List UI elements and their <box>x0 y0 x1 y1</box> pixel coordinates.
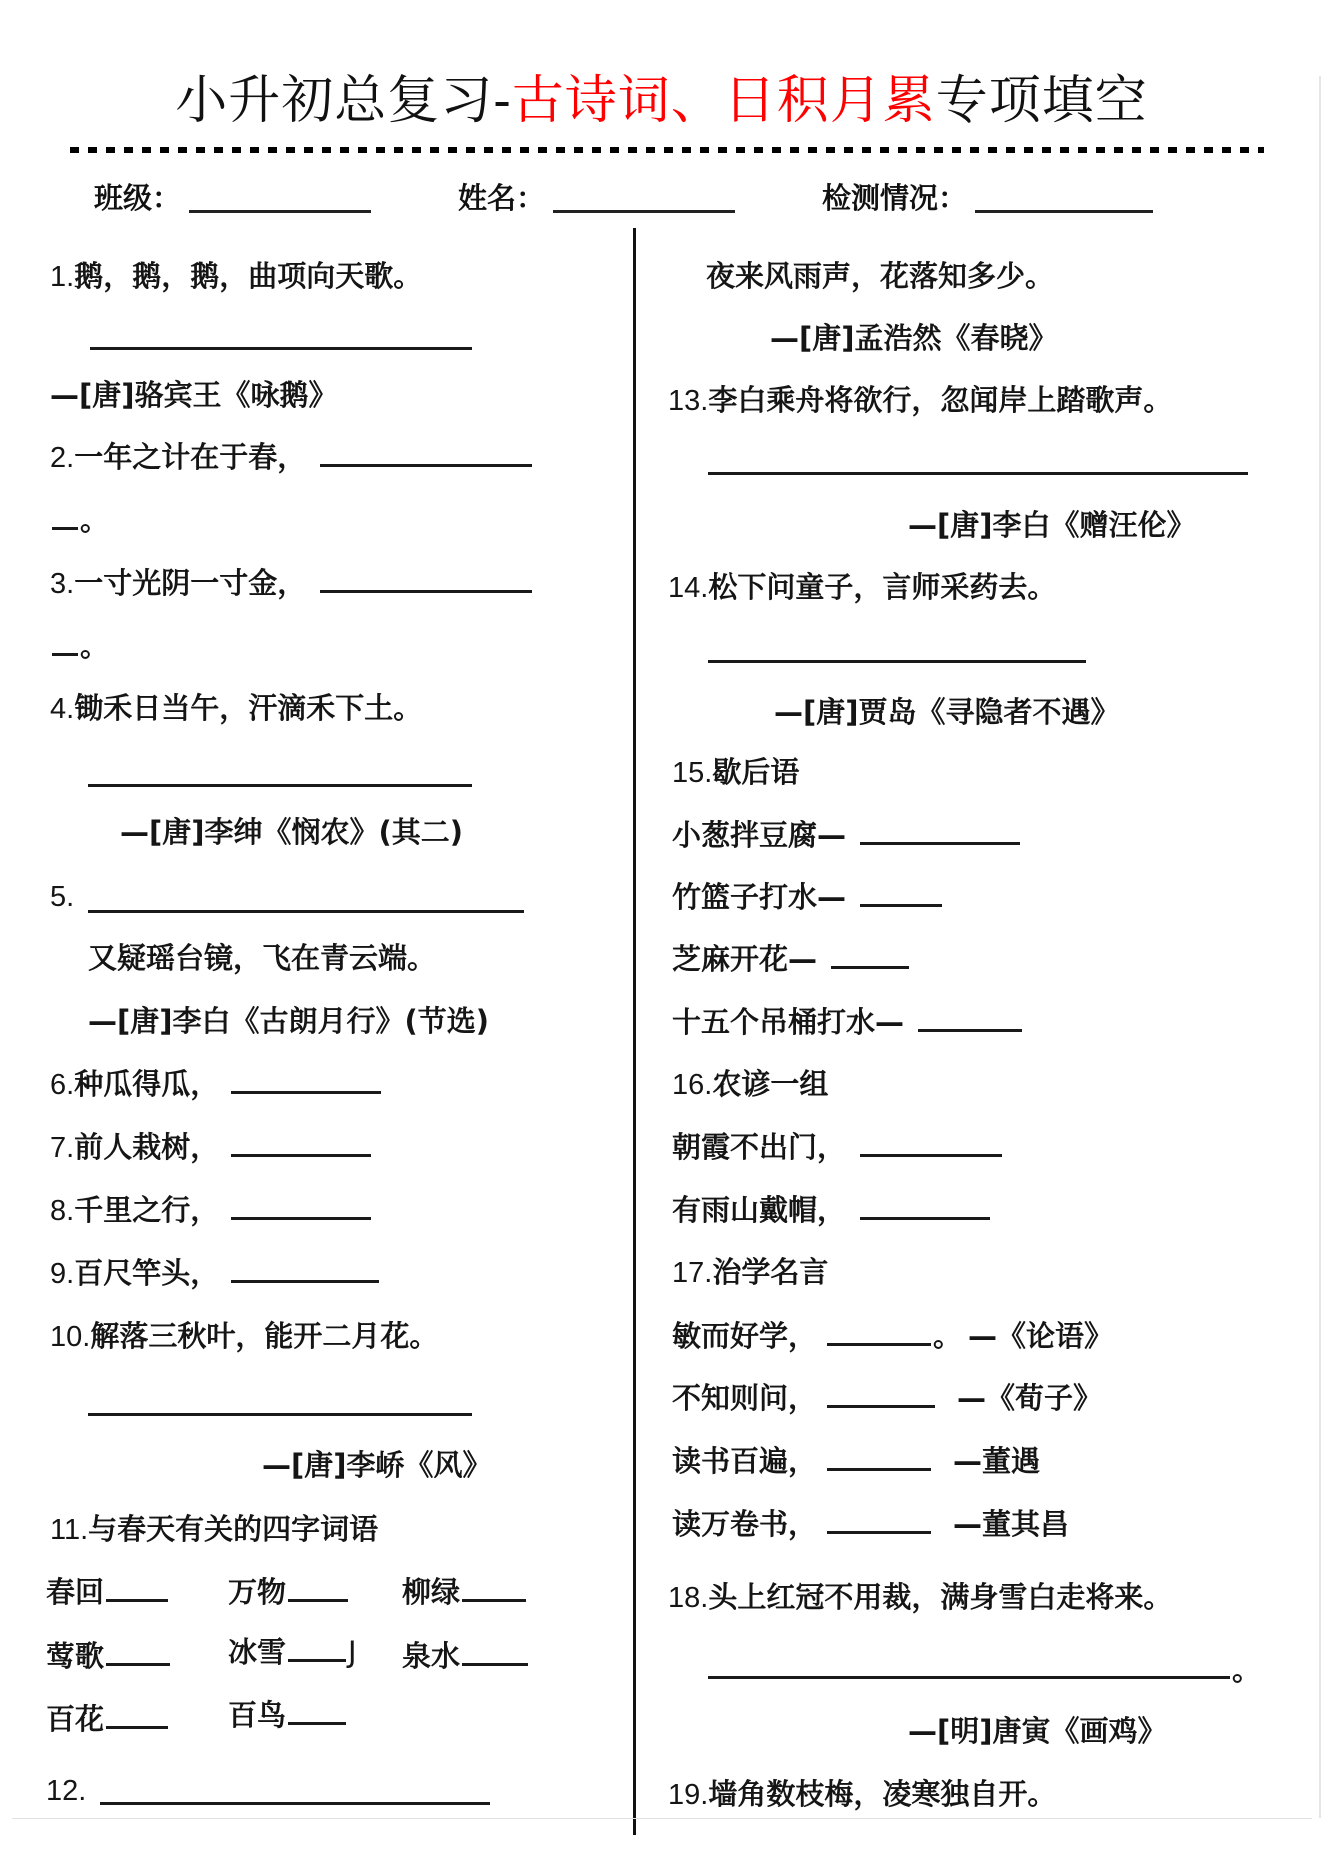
xiehouyu-item: 小葱拌豆腐— <box>672 815 1022 855</box>
answer-blank-9[interactable] <box>231 1280 379 1283</box>
name-field: 姓名： <box>458 176 737 217</box>
question-18-end: 。 <box>1232 1650 1261 1690</box>
question-9: 9.百尺竿头， <box>50 1253 381 1294</box>
answer-blank-17a[interactable] <box>827 1343 931 1346</box>
question-19: 19.墙角数枝梅，凌寒独自开。 <box>668 1774 1056 1815</box>
source-10: —[唐]李峤《风》 <box>262 1445 492 1485</box>
source-14: —[唐]贾岛《寻隐者不遇》 <box>774 692 1120 732</box>
title-suffix: 专项填空 <box>936 71 1148 131</box>
answer-blank-17b[interactable] <box>827 1405 935 1408</box>
answer-blank-15c[interactable] <box>831 966 909 969</box>
word-item: 泉水 <box>402 1636 530 1676</box>
name-input[interactable] <box>553 210 735 213</box>
question-15: 15.歇后语 <box>672 752 799 793</box>
source-4: —[唐]李绅《悯农》(其二) <box>120 812 463 852</box>
word-blank[interactable] <box>462 1599 526 1602</box>
answer-blank-14[interactable] <box>708 660 1086 663</box>
word-blank[interactable] <box>288 1599 348 1602</box>
page-right-edge <box>1319 76 1321 1818</box>
question-3: 3.一寸光阴一寸金， <box>50 563 534 604</box>
answer-blank-16b[interactable] <box>860 1217 990 1220</box>
word-item: 春回 <box>46 1572 170 1612</box>
question-16: 16.农谚一组 <box>672 1064 828 1105</box>
answer-blank-17c[interactable] <box>827 1468 931 1471</box>
result-input[interactable] <box>975 210 1153 213</box>
quote-item: 不知则问，—《荀子》 <box>672 1378 1102 1418</box>
answer-blank-18[interactable] <box>708 1676 1230 1679</box>
question-10: 10.解落三秋叶，能开二月花。 <box>50 1316 438 1357</box>
answer-blank-10[interactable] <box>88 1413 472 1416</box>
quote-item: 敏而好学，。—《论语》 <box>672 1316 1113 1356</box>
answer-blank-8[interactable] <box>231 1217 371 1220</box>
class-label: 班级： <box>94 176 181 217</box>
source-13: —[唐]李白《赠汪伦》 <box>908 505 1196 545</box>
title-prefix: 小升初总复习- <box>175 71 512 131</box>
word-blank[interactable] <box>288 1722 346 1725</box>
answer-blank-17d[interactable] <box>827 1531 931 1534</box>
word-blank[interactable] <box>106 1726 168 1729</box>
answer-blank-4[interactable] <box>88 784 472 787</box>
page-bottom-edge <box>12 1818 1312 1819</box>
question-12: 12. <box>46 1770 86 1811</box>
quote-item: 读万卷书，—董其昌 <box>672 1504 1069 1544</box>
word-blank[interactable] <box>106 1663 170 1666</box>
answer-blank-2b[interactable] <box>52 527 78 530</box>
answer-blank-6[interactable] <box>231 1091 381 1094</box>
answer-blank-3a[interactable] <box>320 590 532 593</box>
answer-blank-15d[interactable] <box>918 1029 1022 1032</box>
title-highlight: 古诗词、日积月累 <box>512 71 936 131</box>
answer-blank-12[interactable] <box>100 1802 490 1805</box>
question-5: 5. <box>50 876 74 917</box>
question-6: 6.种瓜得瓜， <box>50 1064 383 1105</box>
word-item: 百花 <box>46 1699 170 1739</box>
quote-item: 读书百遍，—董遇 <box>672 1441 1040 1481</box>
class-input[interactable] <box>189 210 371 213</box>
word-blank[interactable] <box>462 1663 528 1666</box>
column-divider <box>633 228 636 1835</box>
word-item: 万物 <box>228 1572 350 1612</box>
question-11: 11.与春天有关的四字词语 <box>50 1509 378 1550</box>
name-label: 姓名： <box>458 176 545 217</box>
student-info-row: 班级： 姓名： 检测情况： <box>0 176 1323 216</box>
answer-blank-13[interactable] <box>708 472 1248 475</box>
word-item: 冰雪J <box>228 1632 357 1672</box>
answer-blank-5[interactable] <box>88 910 524 913</box>
class-field: 班级： <box>94 176 373 217</box>
answer-blank-1[interactable] <box>90 347 472 350</box>
question-1: 1.鹅，鹅，鹅，曲项向天歌。 <box>50 256 422 297</box>
question-17: 17.治学名言 <box>672 1252 828 1293</box>
question-2: 2.一年之计在于春， <box>50 437 534 478</box>
source-1: —[唐]骆宾王《咏鹅》 <box>50 375 338 415</box>
question-3-end: 。 <box>50 626 109 666</box>
question-8: 8.千里之行， <box>50 1190 373 1231</box>
answer-blank-15b[interactable] <box>860 904 942 907</box>
question-13: 13.李白乘舟将欲行，忽闻岸上踏歌声。 <box>668 380 1172 421</box>
answer-blank-16a[interactable] <box>860 1154 1002 1157</box>
xiehouyu-item: 十五个吊桶打水— <box>672 1002 1024 1042</box>
word-blank[interactable] <box>288 1659 346 1662</box>
word-item: 柳绿 <box>402 1572 528 1612</box>
result-field: 检测情况： <box>822 176 1155 217</box>
stray-mark: J <box>348 1635 357 1669</box>
proverb-item: 朝霞不出门， <box>672 1127 1004 1167</box>
question-12-text: 夜来风雨声，花落知多少。 <box>706 256 1054 296</box>
answer-blank-7[interactable] <box>231 1154 371 1157</box>
question-18: 18.头上红冠不用裁，满身雪白走将来。 <box>668 1577 1172 1618</box>
question-14: 14.松下问童子，言师采药去。 <box>668 567 1056 608</box>
word-blank[interactable] <box>106 1599 168 1602</box>
question-4: 4.锄禾日当午，汗滴禾下土。 <box>50 688 422 729</box>
source-12: —[唐]孟浩然《春晓》 <box>770 318 1058 358</box>
answer-blank-3b[interactable] <box>52 653 78 656</box>
word-item: 百鸟 <box>228 1695 348 1735</box>
xiehouyu-item: 竹篮子打水— <box>672 877 944 917</box>
page-title: 小升初总复习-古诗词、日积月累专项填空 <box>0 66 1323 136</box>
answer-blank-15a[interactable] <box>860 842 1020 845</box>
word-item: 莺歌 <box>46 1636 172 1676</box>
source-5: —[唐]李白《古朗月行》(节选) <box>88 1001 489 1041</box>
answer-blank-2a[interactable] <box>320 464 532 467</box>
question-7: 7.前人栽树， <box>50 1127 373 1168</box>
result-label: 检测情况： <box>822 176 967 217</box>
dotted-separator <box>70 147 1264 153</box>
question-2-end: 。 <box>50 500 109 540</box>
xiehouyu-item: 芝麻开花— <box>672 939 911 979</box>
source-18: —[明]唐寅《画鸡》 <box>908 1711 1167 1751</box>
question-5-text: 又疑瑶台镜，飞在青云端。 <box>88 938 436 978</box>
proverb-item: 有雨山戴帽， <box>672 1190 992 1230</box>
